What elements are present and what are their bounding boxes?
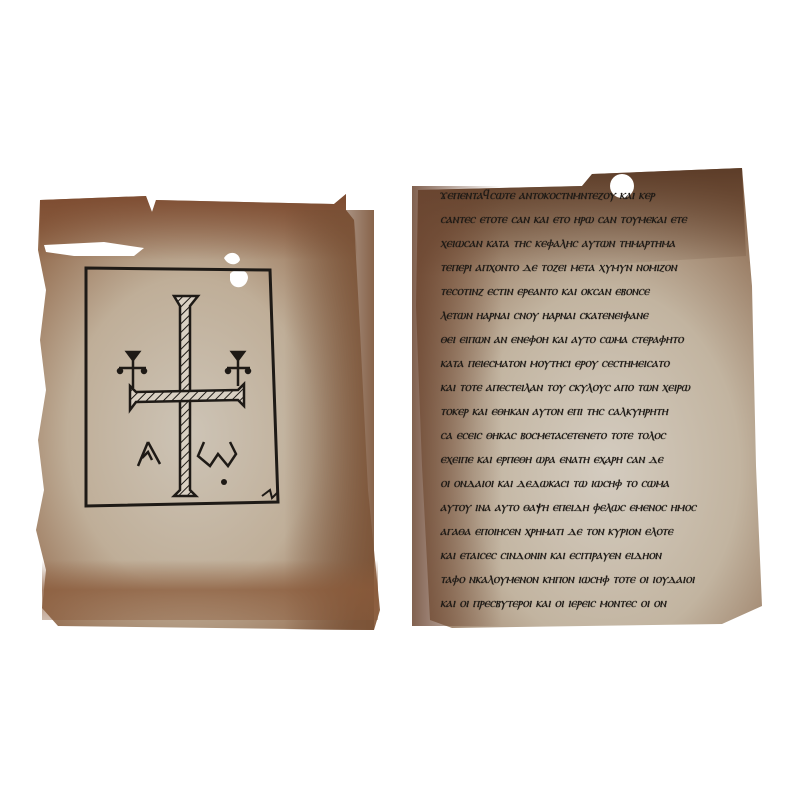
text-line: ⲧⲁⲫⲟ ⲛⲕⲁⲗⲟⲩⲙⲉⲛⲟⲛ ⲕⲏⲡⲟⲛ ⲓⲱⲥⲏⲫ ⲧⲟⲧⲉ ⲟⲓ ⲓⲟⲩ… bbox=[440, 568, 744, 592]
text-line: ⲉⲭⲉⲓⲡⲉ ⲕⲁⲓ ⲉⲣⲡⲉⲑⲏ ⲱⲣⲁ ⲉⲛⲁⲧⲏ ⲉⲭⲁⲣⲏ ⲥⲁⲛ ⲇⲉ bbox=[440, 448, 744, 472]
text-line: ⲁⲅⲁⲑⲁ ⲉⲡⲟⲓⲏⲥⲉⲛ ⲭⲣⲏⲙⲁⲧⲓ ⲇⲉ ⲧⲟⲛ ⲕⲩⲣⲓⲟⲛ ⲉⲗⲟ… bbox=[440, 520, 744, 544]
text-line: ⲥⲁ ⲉⲥⲉⲓⲥ ⲑⲏⲕⲁⲥ ⲃⲟⲥⲙⲉⲧⲁⲥⲉⲧⲉⲛⲉⲧⲟ ⲧⲟⲧⲉ ⲧⲟⲗⲟ… bbox=[440, 424, 744, 448]
text-line: ⲭⲉⲓⲱⲥⲁⲛ ⲕⲁⲧⲁ ⲧⲏⲥ ⲕⲉⲫⲁⲗⲏⲥ ⲁⲩⲧⲱⲛ ⲧⲏⲙⲁⲣⲧⲏⲙⲁ bbox=[440, 232, 744, 256]
text-line: ⲕⲁⲓ ⲧⲟⲧⲉ ⲁⲡⲉⲥⲧⲉⲓⲗⲁⲛ ⲧⲟⲩ ⲥⲕⲩⲗⲟⲩⲥ ⲁⲡⲟ ⲧⲱⲛ … bbox=[440, 376, 744, 400]
text-line: ⲗⲉⲧⲱⲛ ⲏⲁⲣⲛⲁⲓ ⲥⲛⲟⲩ ⲏⲁⲣⲛⲁⲓ ⲥⲕⲁⲧⲉⲛⲉⲓⲫⲁⲛⲉ bbox=[440, 304, 744, 328]
manuscript-text: ϫⲉⲡⲉⲛⲧⲁϥⲥⲱⲧⲉ ⲁⲛⲧⲟⲕⲟⲥⲧⲛⲙⲛⲧⲉⲍⲟⲩ ⲕⲁⲓ ⲕⲉⲣ ⲥⲁ… bbox=[440, 184, 744, 616]
parchment-cross-page bbox=[34, 190, 380, 634]
text-line: ⲕⲁⲓ ⲉⲧⲁⲓⲥⲉⲥ ⲥⲓⲛⲇⲟⲛⲓⲛ ⲕⲁⲓ ⲉⲥⲓⲧⲓⲣⲁⲩⲉⲛ ⲉⲓⲇⲏ… bbox=[440, 544, 744, 568]
text-line: ⲑⲉⲓ ⲉⲓⲡⲱⲛ ⲁⲛ ⲉⲛⲉⲫⲟⲏ ⲕⲁⲓ ⲁⲩⲧⲟ ⲥⲱⲙⲁ ⲥⲧⲉⲣⲁⲫ… bbox=[440, 328, 744, 352]
text-line: ⲕⲁⲧⲁ ⲡⲉⲓⲉⲥⲙⲁⲧⲟⲛ ⲙⲟⲩⲧⲏⲥⲓ ⲉⲣⲟⲩ ⲥⲉⲥⲧⲏⲙⲉⲓⲥⲁⲧ… bbox=[440, 352, 744, 376]
text-line: ⲧⲉⲡⲉⲣⲓ ⲁⲡⲭⲟⲛⲧⲟ ⲇⲉ ⲧⲟⲍⲉⲓ ⲙⲉⲧⲁ ⲭⲩⲙⲩⲛ ⲛⲟⲙⲓⲍ… bbox=[440, 256, 744, 280]
left-manuscript-leaf bbox=[34, 190, 380, 634]
text-line: ϫⲉⲡⲉⲛⲧⲁϥⲥⲱⲧⲉ ⲁⲛⲧⲟⲕⲟⲥⲧⲛⲙⲛⲧⲉⲍⲟⲩ ⲕⲁⲓ ⲕⲉⲣ bbox=[440, 184, 744, 208]
text-line: ⲁⲩⲧⲟⲩ ⲓⲛⲁ ⲁⲩⲧⲟ ⲑⲁⲯⲏ ⲉⲡⲉⲓⲇⲏ ⲫⲉⲗⲱⲥ ⲉⲙⲉⲛⲟⲥ … bbox=[440, 496, 744, 520]
text-line: ⲕⲁⲓ ⲟⲓ ⲡⲣⲉⲥⲃⲩⲧⲉⲣⲟⲓ ⲕⲁⲓ ⲟⲓ ⲓⲉⲣⲉⲓⲥ ⲙⲟⲛⲧⲉⲥ … bbox=[440, 592, 744, 616]
text-line: ⲧⲟⲕⲉⲣ ⲕⲁⲓ ⲉⲑⲏⲕⲁⲛ ⲁⲩⲧⲟⲛ ⲉⲡⲓ ⲧⲏⲥ ⲥⲁⲗⲕⲩⲏⲣⲏⲧ… bbox=[440, 400, 744, 424]
text-line: ⲟⲓ ⲟⲛⲇⲁⲓⲟⲓ ⲕⲁⲓ ⲇⲉⲇⲱⲕⲁⲥⲓ ⲧⲱ ⲓⲱⲥⲏⲫ ⲧⲟ ⲥⲱⲙⲁ bbox=[440, 472, 744, 496]
text-line: ⲧⲉⲥⲟⲧⲓⲛⲍ ⲉⲥⲧⲓⲛ ⲉⲣⲉⲁⲛⲧⲟ ⲕⲁⲓ ⲟⲕⲥⲁⲛ ⲉⲃⲟⲛⲥⲉ bbox=[440, 280, 744, 304]
text-line: ⲥⲁⲛⲧⲉⲥ ⲉⲧⲟⲧⲉ ⲥⲁⲛ ⲕⲁⲓ ⲉⲧⲟ ⲏⲣⲱ ⲥⲁⲛ ⲧⲟⲩⲙⲉⲕⲁ… bbox=[440, 208, 744, 232]
right-manuscript-leaf: ϫⲉⲡⲉⲛⲧⲁϥⲥⲱⲧⲉ ⲁⲛⲧⲟⲕⲟⲥⲧⲛⲙⲛⲧⲉⲍⲟⲩ ⲕⲁⲓ ⲕⲉⲣ ⲥⲁ… bbox=[412, 166, 762, 630]
